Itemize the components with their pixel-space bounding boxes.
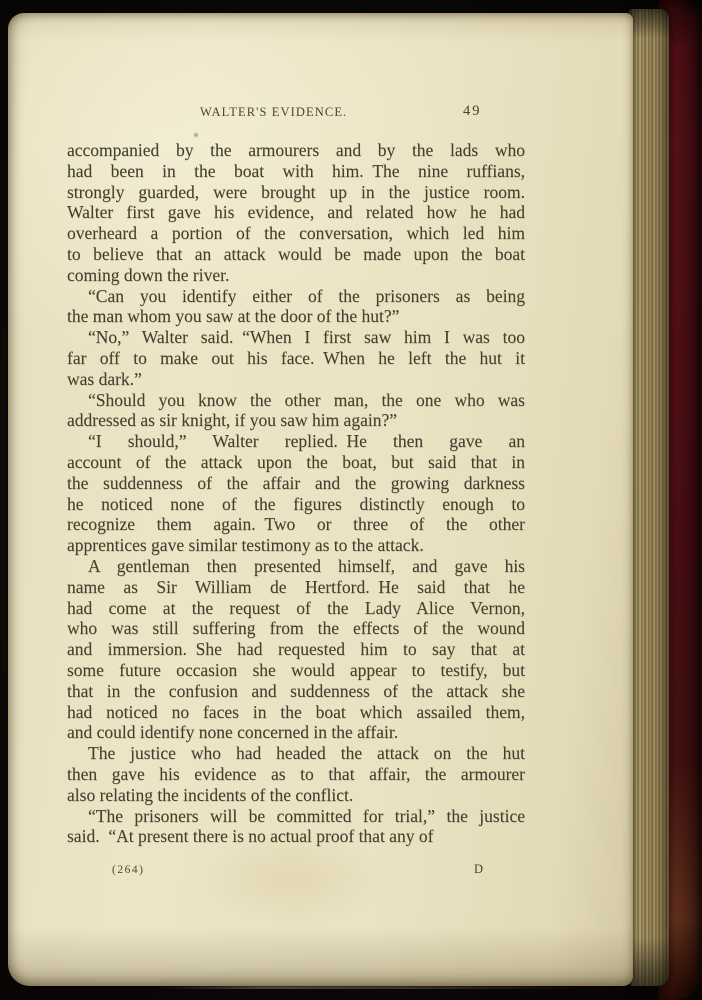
paragraph: A gentleman then presented himself, and …	[67, 556, 525, 743]
printer-signature-mark: D	[474, 862, 484, 877]
running-title: WALTER'S EVIDENCE.	[200, 105, 347, 120]
text-line: that in the confusion and suddenness of …	[67, 681, 525, 702]
text-line: also relating the incidents of the confl…	[67, 785, 525, 806]
text-line: apprentices gave similar testimony as to…	[67, 535, 525, 556]
scanned-book-photo: WALTER'S EVIDENCE. 49 accompanied by the…	[0, 0, 702, 1000]
paragraph: “Should you know the other man, the one …	[67, 390, 525, 432]
text-line: account of the attack upon the boat, but…	[67, 452, 525, 473]
book-page: WALTER'S EVIDENCE. 49 accompanied by the…	[8, 13, 633, 986]
page-number: 49	[463, 103, 482, 120]
text-line: name as Sir William de Hertford. He said…	[67, 577, 525, 598]
text-line: and could identify none concerned in the…	[67, 722, 525, 743]
text-line: overheard a portion of the conversation,…	[67, 223, 525, 244]
text-line: had come at the request of the Lady Alic…	[67, 598, 525, 619]
text-line: he noticed none of the figures distinctl…	[67, 494, 525, 515]
text-line: far off to make out his face. When he le…	[67, 348, 525, 369]
text-line: strongly guarded, were brought up in the…	[67, 182, 525, 203]
text-line: who was still suffering from the effects…	[67, 618, 525, 639]
text-line: some future occasion she would appear to…	[67, 660, 525, 681]
paragraph: “No,” Walter said. “When I first saw him…	[67, 327, 525, 389]
paragraph: accompanied by the armourers and by the …	[67, 140, 525, 286]
paragraph: The justice who had headed the attack on…	[67, 743, 525, 805]
paragraph: “Can you identify either of the prisoner…	[67, 286, 525, 328]
text-line: “Can you identify either of the prisoner…	[67, 286, 525, 307]
text-line: “The prisoners will be committed for tri…	[67, 806, 525, 827]
text-line: addressed as sir knight, if you saw him …	[67, 410, 525, 431]
text-line: The justice who had headed the attack on…	[67, 743, 525, 764]
text-block: accompanied by the armourers and by the …	[67, 140, 525, 847]
running-header: WALTER'S EVIDENCE. 49	[67, 103, 525, 123]
text-line: had been in the boat with him. The nine …	[67, 161, 525, 182]
text-line: “No,” Walter said. “When I first saw him…	[67, 327, 525, 348]
text-line: to believe that an attack would be made …	[67, 244, 525, 265]
page-stack-fore-edge	[629, 9, 669, 986]
text-line: the man whom you saw at the door of the …	[67, 306, 525, 327]
text-line: accompanied by the armourers and by the …	[67, 140, 525, 161]
under-page-edge	[160, 986, 580, 989]
text-line: the suddenness of the affair and the gro…	[67, 473, 525, 494]
text-line: and immersion. She had requested him to …	[67, 639, 525, 660]
text-line: A gentleman then presented himself, and …	[67, 556, 525, 577]
text-line: coming down the river.	[67, 265, 525, 286]
text-line: then gave his evidence as to that affair…	[67, 764, 525, 785]
paragraph: “The prisoners will be committed for tri…	[67, 806, 525, 848]
text-line: recognize them again. Two or three of th…	[67, 514, 525, 535]
text-line: Walter first gave his evidence, and rela…	[67, 202, 525, 223]
text-line: had noticed no faces in the boat which a…	[67, 702, 525, 723]
page-footer: (264) D	[67, 862, 525, 880]
text-line: said. “At present there is no actual pro…	[67, 826, 525, 847]
text-line: “Should you know the other man, the one …	[67, 390, 525, 411]
text-line: was dark.”	[67, 369, 525, 390]
paragraph: “I should,” Walter replied. He then gave…	[67, 431, 525, 556]
edition-mark: (264)	[112, 864, 144, 876]
text-line: “I should,” Walter replied. He then gave…	[67, 431, 525, 452]
